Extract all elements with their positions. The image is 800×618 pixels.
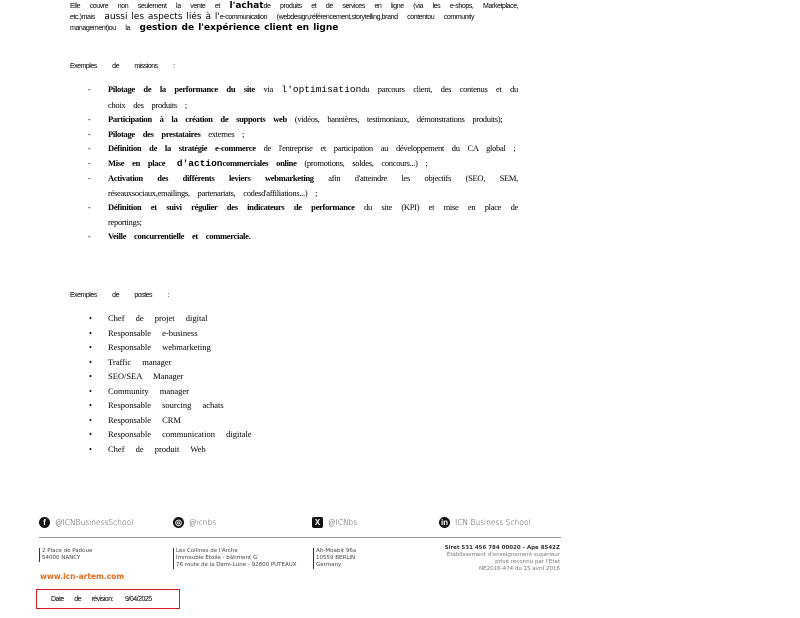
mission-bold: Définition de la stratégie e-commerce <box>108 143 256 153</box>
address-line: Les Collines de l'Arche <box>176 548 297 555</box>
facebook-icon: f <box>39 517 50 528</box>
poste-item: Responsable sourcing achats <box>86 398 252 413</box>
mission-item: Mise en place d'actioncommerciales onlin… <box>86 156 518 172</box>
revision-date: 9/04/2025 <box>125 596 152 603</box>
intro-paragraph: Elle couvre non seulement la vente et l'… <box>70 1 525 34</box>
legal-line: privé reconnu par l'Etat <box>445 559 560 566</box>
revision-label: Date de révision: <box>51 596 113 603</box>
intro-achat: l'achat <box>230 1 264 11</box>
mission-bold: Définition et suivi régulier des indicat… <box>108 202 355 212</box>
poste-item: Chef de produit Web <box>86 442 252 457</box>
poste-item: SEO/SEA Manager <box>86 369 252 384</box>
mission-bold: Participation à la création de supports … <box>108 114 287 124</box>
mission-mono: d'action <box>165 158 222 169</box>
address-line: Immeuble Etoile - bâtiment G <box>176 555 297 562</box>
mission-text: de l'entreprise et participation au déve… <box>256 143 516 153</box>
poste-item: Responsable webmarketing <box>86 340 252 355</box>
linkedin-icon: in <box>439 517 450 528</box>
postes-list: Chef de projet digital Responsable e-bus… <box>86 311 252 456</box>
x-icon: X <box>312 517 323 528</box>
mission-item: Pilotage de la performance du site via l… <box>86 82 518 112</box>
mission-text: (vidéos, bannières, testimoniaux, démons… <box>287 114 503 124</box>
address-nancy: 2 Place de Padoue 54000 NANCY <box>39 548 92 562</box>
facebook-handle: @ICNBusinessSchool <box>55 518 133 527</box>
mission-item: Veille concurrentielle et commerciale. <box>86 229 518 244</box>
address-berlin: Alt-Moabit 96a 10559 BERLIN Germany <box>313 548 356 569</box>
intro-gestion: gestion de l'expérience client en ligne <box>140 23 339 33</box>
missions-list: Pilotage de la performance du site via l… <box>86 82 518 244</box>
mission-bold: Activation des différents leviers webmar… <box>108 173 314 183</box>
mission-bold: Pilotage de la performance du site <box>108 84 255 94</box>
linkedin-handle: ICN Business School <box>455 518 531 527</box>
poste-item: Responsable e-business <box>86 326 252 341</box>
address-puteaux: Les Collines de l'Arche Immeuble Etoile … <box>173 548 297 569</box>
mission-item: Définition de la stratégie e-commerce de… <box>86 141 518 156</box>
mission-bold: Veille concurrentielle et commerciale. <box>108 231 250 241</box>
address-line: 10559 BERLIN <box>316 555 356 562</box>
poste-item: Traffic manager <box>86 355 252 370</box>
mission-bold: Mise en place <box>108 158 165 168</box>
poste-item: Community manager <box>86 384 252 399</box>
poste-item: Chef de projet digital <box>86 311 252 326</box>
social-facebook-link[interactable]: f @ICNBusinessSchool <box>39 515 133 529</box>
intro-text-1: Elle couvre non seulement la vente et <box>70 3 220 10</box>
mission-text: (promotions, soldes, concours...) ; <box>297 158 428 168</box>
address-line: Alt-Moabit 96a <box>316 548 356 555</box>
revision-box: Date de révision: 9/04/2025 <box>36 589 180 609</box>
mission-mono: l'optimisation <box>282 84 362 95</box>
postes-heading: Exemples de postes : <box>70 292 169 299</box>
mission-bold: commerciales online <box>223 158 297 168</box>
instagram-handle: @icnbs <box>189 518 216 527</box>
address-line: 54000 NANCY <box>42 555 92 562</box>
footer-divider <box>39 537 561 538</box>
social-x-link[interactable]: X @ICNbs <box>312 515 357 529</box>
mission-bold: Pilotage des prestataires <box>108 129 200 139</box>
x-handle: @ICNbs <box>328 518 357 527</box>
mission-item: Pilotage des prestataires externes ; <box>86 127 518 142</box>
mission-item: Participation à la création de supports … <box>86 112 518 127</box>
website-link[interactable]: www.icn-artem.com <box>40 572 124 581</box>
social-instagram-link[interactable]: ◎ @icnbs <box>173 515 216 529</box>
legal-line: Etablissement d'enseignement supérieur <box>445 552 560 559</box>
missions-heading: Exemples de missions : <box>70 63 175 70</box>
mission-text: via <box>255 84 282 94</box>
poste-item: Responsable CRM <box>86 413 252 428</box>
social-linkedin-link[interactable]: in ICN Business School <box>439 515 531 529</box>
mission-item: Activation des différents leviers webmar… <box>86 171 518 200</box>
legal-siret: Siret 531 456 784 00020 - Ape 8542Z <box>445 545 560 552</box>
intro-aussi: aussi les aspects liés à l' <box>104 12 219 22</box>
instagram-icon: ◎ <box>173 517 184 528</box>
poste-item: Responsable communication digitale <box>86 427 252 442</box>
address-line: Germany <box>316 562 356 569</box>
legal-info: Siret 531 456 784 00020 - Ape 8542Z Etab… <box>445 545 560 573</box>
address-line: 2 Place de Padoue <box>42 548 92 555</box>
address-line: 76 route de la Demi-Lune - 92800 PUTEAUX <box>176 562 297 569</box>
mission-item: Définition et suivi régulier des indicat… <box>86 200 518 229</box>
legal-line: NE2016-474 du 15 avril 2016 <box>445 566 560 573</box>
mission-text: externes ; <box>200 129 244 139</box>
